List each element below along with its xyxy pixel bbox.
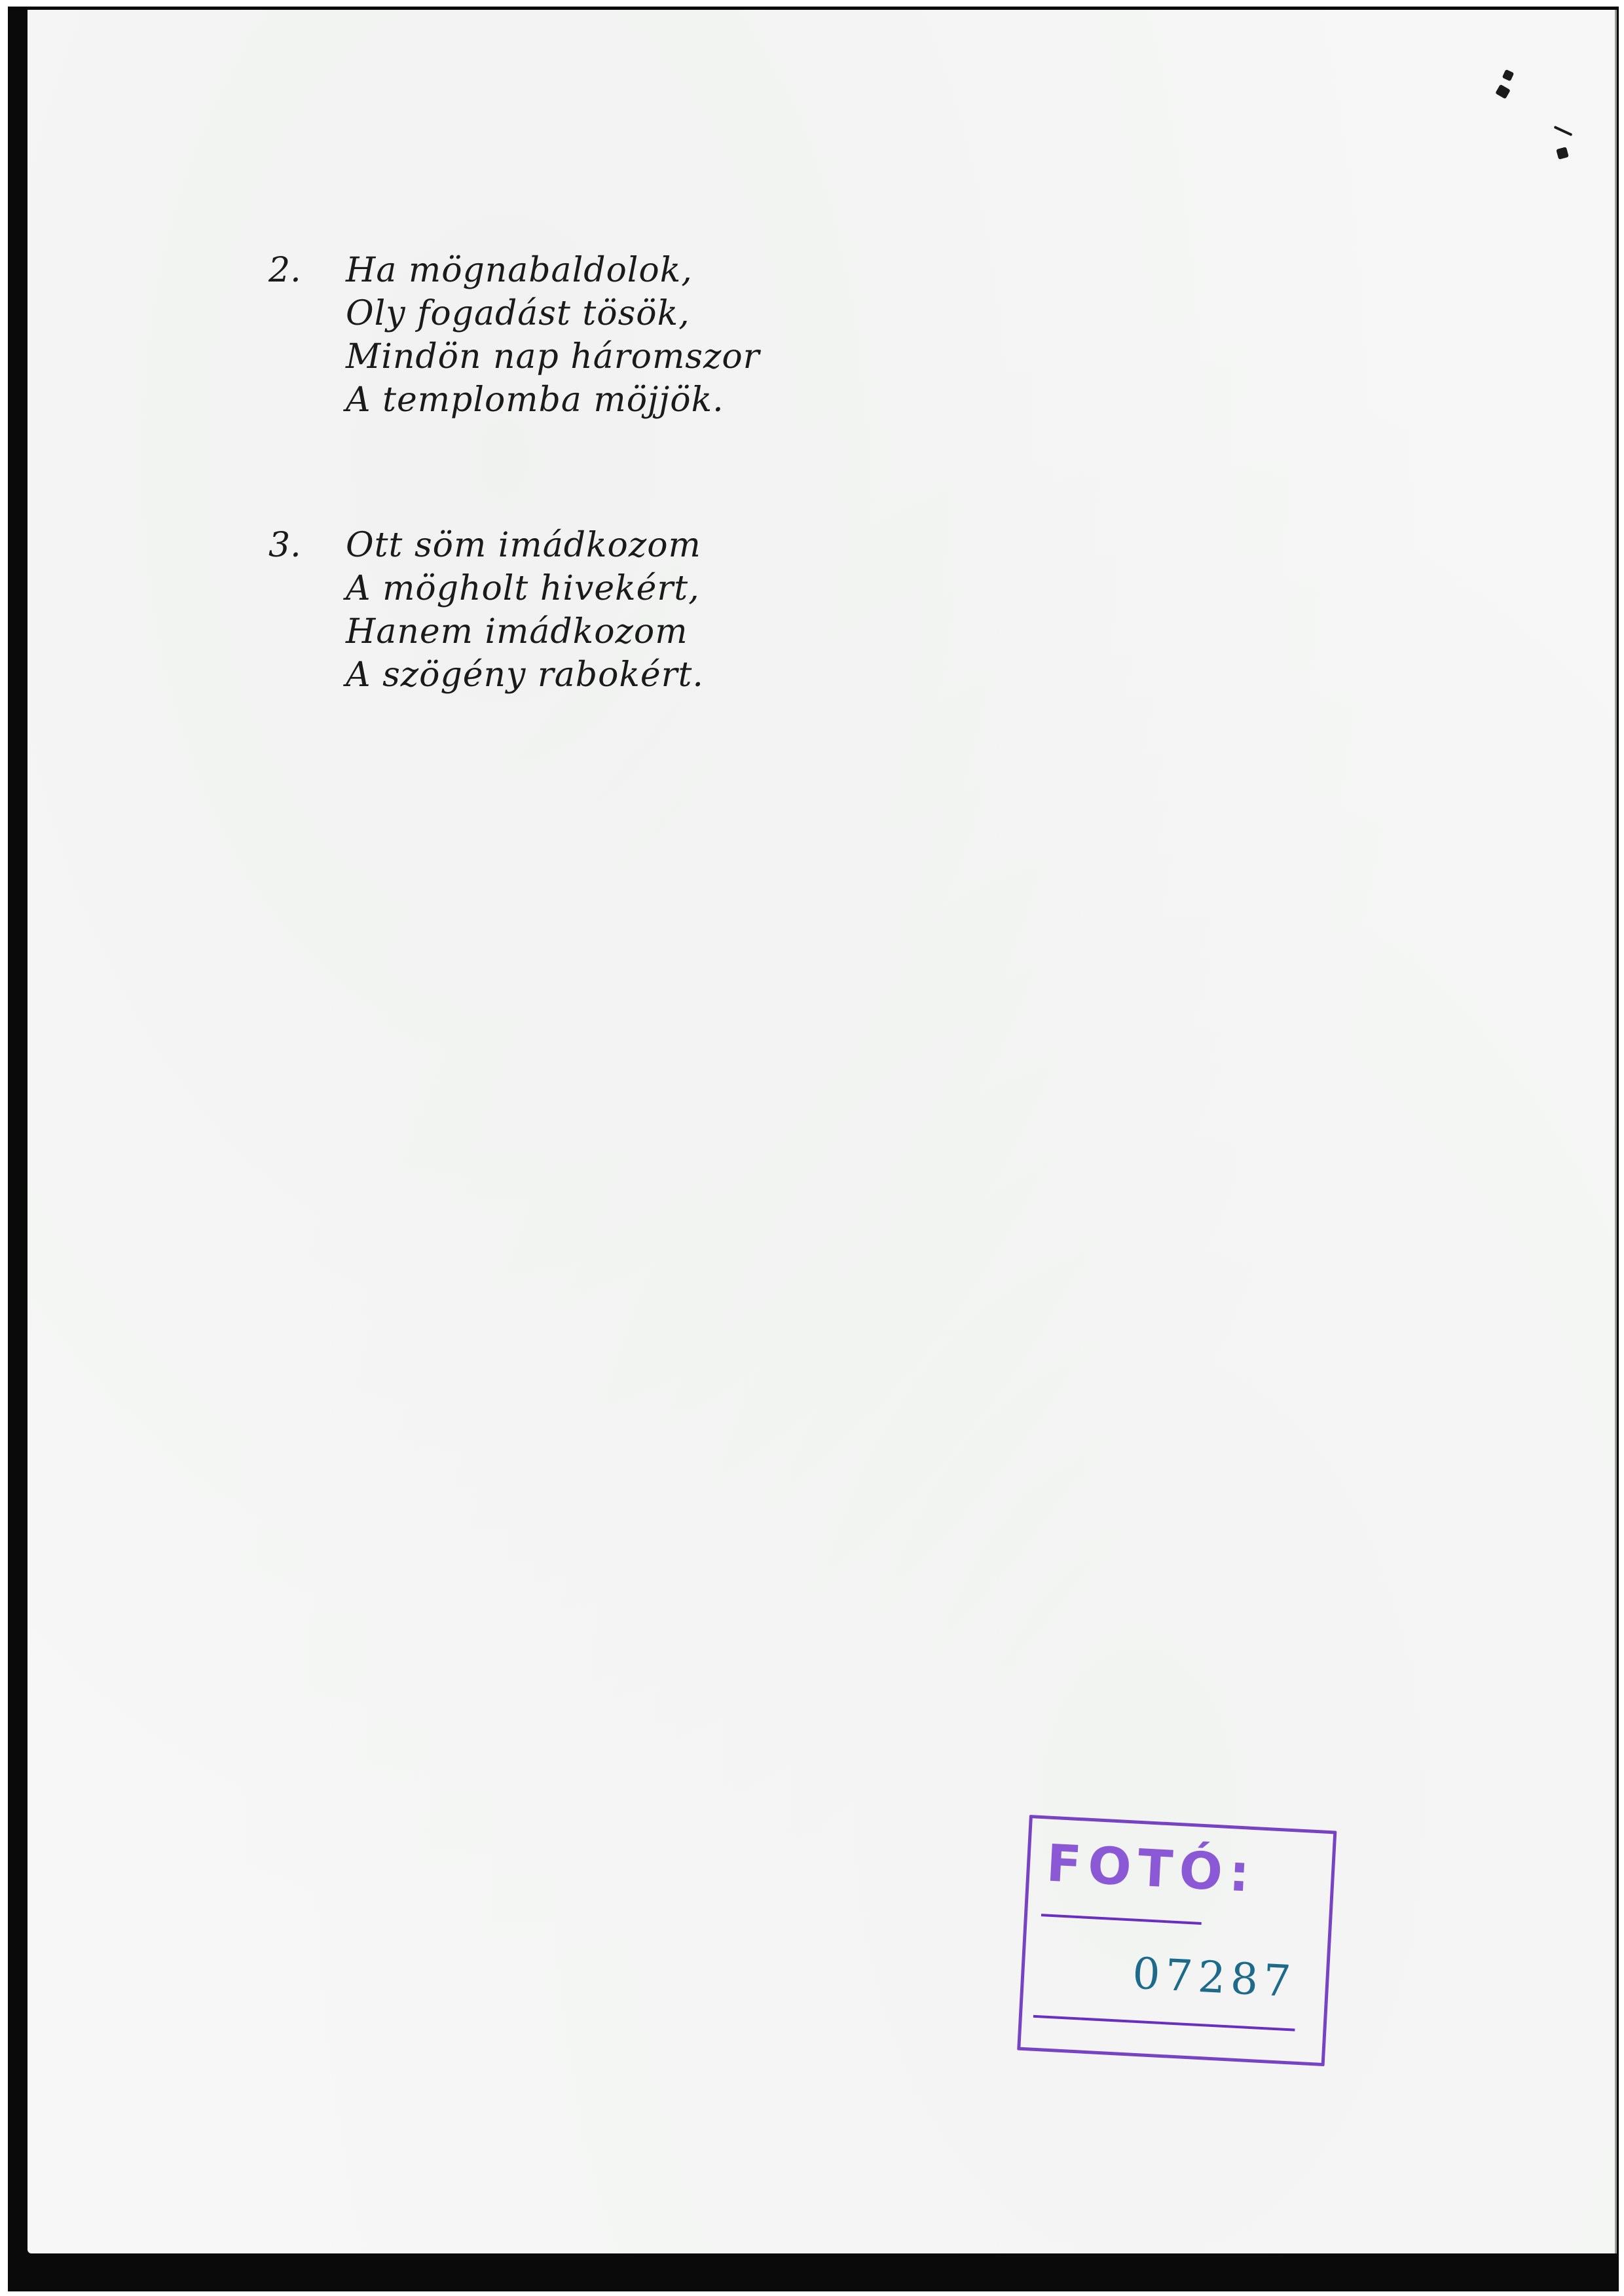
verse-lines: Ott söm imádkozom A mögholt hivekért, Ha…	[346, 524, 704, 697]
verse-line: Hanem imádkozom	[346, 610, 704, 653]
stamp-photo-number: 07287	[1132, 1948, 1298, 2007]
verse-line: A templomba möjjök.	[346, 378, 760, 422]
paper-right-edge	[1615, 10, 1617, 2253]
verse-line: A mögholt hivekért,	[346, 567, 704, 610]
verse-number: 2.	[268, 249, 334, 292]
verse-line: Ott söm imádkozom	[346, 524, 704, 567]
verse-line: Mindön nap háromszor	[346, 335, 760, 378]
verse-3: 3. Ott söm imádkozom A mögholt hivekért,…	[268, 524, 704, 697]
verse-lines: Ha mögnabaldolok, Oly fogadást tösök, Mi…	[346, 249, 760, 422]
verse-line: Ha mögnabaldolok,	[346, 249, 760, 292]
verse-line: A szögény rabokért.	[346, 653, 704, 697]
foto-stamp: FOTÓ: 07287	[1017, 1815, 1337, 2066]
stamp-label: FOTÓ:	[1045, 1834, 1258, 1904]
verse-number: 3.	[268, 524, 334, 567]
paper-sheet	[28, 10, 1615, 2253]
verse-2: 2. Ha mögnabaldolok, Oly fogadást tösök,…	[268, 249, 760, 422]
verse-line: Oly fogadást tösök,	[346, 292, 760, 335]
